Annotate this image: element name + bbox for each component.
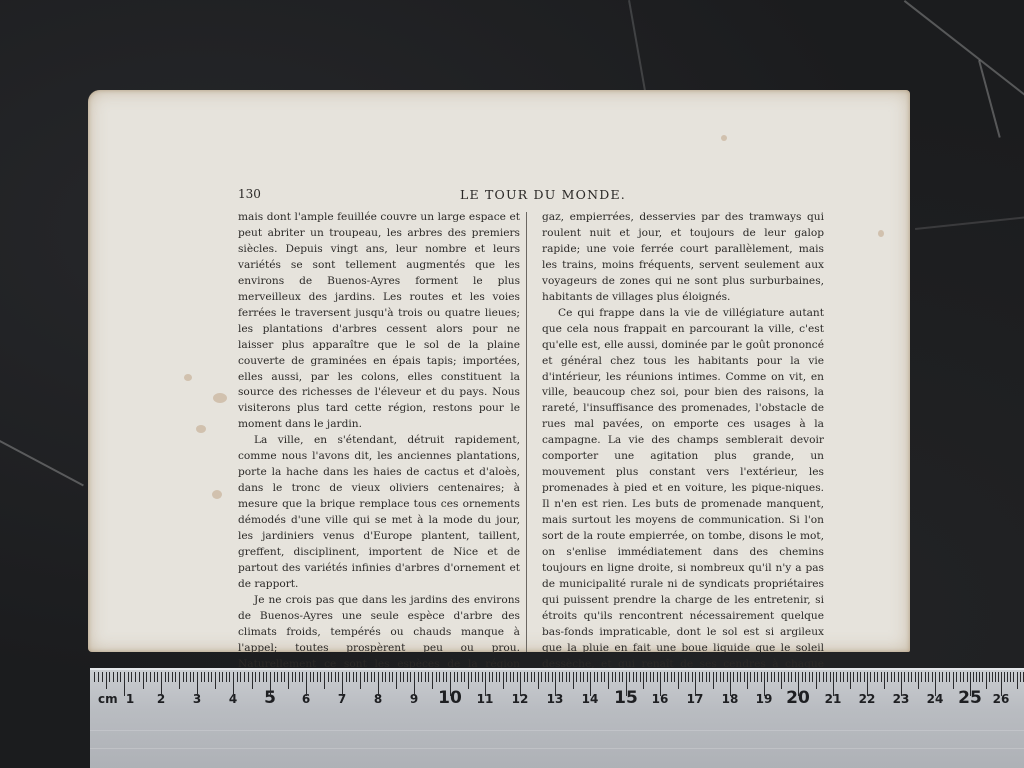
ruler-tick — [457, 672, 458, 682]
ruler-tick — [982, 672, 983, 682]
ruler-tick — [911, 672, 912, 682]
ruler-tick — [320, 672, 321, 682]
ruler-tick — [860, 672, 861, 682]
ruler-tick — [604, 672, 605, 682]
ruler-tick — [310, 672, 311, 682]
ruler-tick — [640, 672, 641, 682]
ruler-tick — [757, 672, 758, 682]
ruler-tick — [534, 672, 535, 682]
paragraph: gaz, empierrées, desservies par des tram… — [542, 210, 824, 306]
ruler-tick — [240, 672, 241, 682]
ruler-tick — [313, 672, 314, 682]
ruler-tick — [450, 672, 451, 696]
ruler-tick — [737, 672, 738, 682]
ruler-tick — [956, 672, 957, 682]
ruler-tick — [229, 672, 230, 682]
ruler-tick — [1013, 672, 1014, 682]
ruler-tick — [840, 672, 841, 682]
ruler-tick — [175, 672, 176, 682]
ruler-tick — [143, 672, 144, 689]
ruler-tick — [360, 672, 361, 689]
ruler-tick — [559, 672, 560, 682]
ruler-tick — [850, 672, 851, 689]
ruler-tick — [870, 672, 871, 682]
ruler-tick — [887, 672, 888, 682]
ruler-tick — [706, 672, 707, 682]
ruler-tick — [552, 672, 553, 682]
ruler-tick — [995, 672, 996, 682]
ruler-tick — [688, 672, 689, 682]
ruler-tick — [569, 672, 570, 682]
ruler-tick — [601, 672, 602, 682]
ruler-tick — [548, 672, 549, 682]
ruler-tick — [139, 672, 140, 682]
ruler-tick — [527, 672, 528, 682]
ruler-tick — [805, 672, 806, 682]
ruler-tick — [356, 672, 357, 682]
right-column: gaz, empierrées, desservies par des tram… — [542, 210, 824, 721]
ruler-tick — [781, 672, 782, 689]
ruler-tick — [612, 672, 613, 682]
ruler-tick — [274, 672, 275, 682]
ruler-tick — [699, 672, 700, 682]
foxing-stain — [196, 425, 206, 433]
ruler-tick — [967, 672, 968, 682]
ruler-tick — [389, 672, 390, 682]
ruler-tick — [464, 672, 465, 682]
foxing-stain — [721, 135, 727, 141]
ruler-tick — [531, 672, 532, 682]
ruler-tick — [165, 672, 166, 682]
ruler-tick — [1001, 672, 1002, 696]
ruler-tick — [904, 672, 905, 682]
ruler-tick — [816, 672, 817, 689]
ruler-tick — [284, 672, 285, 682]
ruler-tick — [270, 672, 271, 696]
ruler-tick — [201, 672, 202, 682]
ruler-tick — [299, 672, 300, 682]
ruler-tick — [400, 672, 401, 682]
ruler-tick — [306, 672, 307, 696]
ruler-tick — [795, 672, 796, 682]
ruler-tick — [183, 672, 184, 682]
ruler-tick — [468, 672, 469, 689]
ruler-tick — [503, 672, 504, 689]
ruler-tick — [226, 672, 227, 682]
ruler-tick — [513, 672, 514, 682]
ruler-cm-label: 1 — [126, 692, 134, 706]
ruler-tick — [935, 672, 936, 696]
ruler-tick — [353, 672, 354, 682]
ruler-tick — [562, 672, 563, 682]
ruler-tick — [193, 672, 194, 682]
ruler-tick — [244, 672, 245, 682]
ruler-tick — [963, 672, 964, 682]
ruler-tick — [723, 672, 724, 682]
ruler-tick — [671, 672, 672, 682]
ruler-tick — [1004, 672, 1005, 682]
ruler-tick — [215, 672, 216, 689]
ruler-tick — [1010, 672, 1011, 682]
ruler-tick — [998, 672, 999, 682]
marble-vein — [628, 0, 646, 94]
ruler-tick — [573, 672, 574, 689]
ruler-tick — [367, 672, 368, 682]
ruler-tick — [382, 672, 383, 682]
ruler-tick — [538, 672, 539, 689]
ruler-tick — [709, 672, 710, 682]
ruler-tick — [94, 672, 95, 682]
ruler-tick — [657, 672, 658, 682]
paragraph: La ville, en s'étendant, détruit rapidem… — [238, 433, 520, 593]
ruler-tick — [496, 672, 497, 682]
ruler-tick — [146, 672, 147, 682]
ruler-tick — [921, 672, 922, 682]
foxing-stain — [212, 490, 222, 499]
ruler-tick — [667, 672, 668, 682]
ruler-tick — [1007, 672, 1008, 682]
ruler-tick — [252, 672, 253, 689]
ruler-tick — [629, 672, 630, 682]
ruler-tick — [281, 672, 282, 682]
ruler-tick — [664, 672, 665, 682]
ruler-tick — [740, 672, 741, 682]
ruler-tick — [109, 672, 110, 682]
ruler-tick — [517, 672, 518, 682]
ruler-tick — [989, 672, 990, 682]
page-number: 130 — [238, 187, 261, 201]
ruler-tick — [884, 672, 885, 689]
ruler-tick — [302, 672, 303, 682]
ruler-tick — [678, 672, 679, 689]
ruler-tick — [421, 672, 422, 682]
ruler-tick — [471, 672, 472, 682]
ruler-tick — [346, 672, 347, 682]
ruler-tick — [410, 672, 411, 682]
ruler-tick — [432, 672, 433, 689]
ruler-tick — [898, 672, 899, 682]
ruler-tick — [237, 672, 238, 682]
ruler-tick — [364, 672, 365, 682]
ruler-tick — [992, 672, 993, 682]
ruler-tick — [277, 672, 278, 682]
ruler-tick — [492, 672, 493, 682]
ruler-tick — [555, 672, 556, 696]
ruler-tick — [754, 672, 755, 682]
ruler-tick — [418, 672, 419, 682]
ruler-tick — [615, 672, 616, 682]
measuring-ruler: cm 1234567891011121314151617181920212223… — [90, 668, 1024, 768]
ruler-tick — [778, 672, 779, 682]
ruler-tick — [113, 672, 114, 682]
ruler-tick — [653, 672, 654, 682]
ruler-tick — [131, 672, 132, 682]
ruler-tick — [102, 672, 103, 682]
ruler-tick — [1017, 672, 1018, 689]
ruler-tick — [436, 672, 437, 682]
ruler-tick — [626, 672, 627, 696]
ruler-tick — [847, 672, 848, 682]
ruler-tick — [587, 672, 588, 682]
ruler-tick — [186, 672, 187, 682]
ruler-tick — [594, 672, 595, 682]
ruler-tick — [764, 672, 765, 696]
ruler-tick — [713, 672, 714, 689]
ruler-tick — [960, 672, 961, 682]
ruler-tick — [918, 672, 919, 689]
ruler-tick — [403, 672, 404, 682]
running-head: 130 LE TOUR DU MONDE. — [238, 187, 778, 203]
ruler-tick — [545, 672, 546, 682]
ruler-tick — [915, 672, 916, 682]
ruler-tick — [590, 672, 591, 696]
ruler-tick — [636, 672, 637, 682]
ruler-tick — [338, 672, 339, 682]
ruler-tick — [172, 672, 173, 682]
ruler-tick — [881, 672, 882, 682]
ruler-tick — [317, 672, 318, 682]
ruler-tick — [761, 672, 762, 682]
ruler-tick — [576, 672, 577, 682]
ruler-tick — [730, 672, 731, 696]
ruler-tick — [179, 672, 180, 689]
ruler-tick — [566, 672, 567, 682]
ruler-tick — [949, 672, 950, 682]
ruler-tick — [750, 672, 751, 682]
ruler-tick — [266, 672, 267, 682]
ruler-tick — [802, 672, 803, 682]
ruler-tick — [823, 672, 824, 682]
foxing-stain — [213, 393, 227, 403]
ruler-tick — [867, 672, 868, 696]
ruler-tick — [702, 672, 703, 682]
ruler-tick — [843, 672, 844, 682]
ruler-tick — [135, 672, 136, 682]
ruler-tick — [970, 672, 971, 696]
ruler-tick — [499, 672, 500, 682]
ruler-tick — [461, 672, 462, 682]
ruler-tick — [255, 672, 256, 682]
ruler-tick — [1020, 672, 1021, 682]
ruler-tick — [650, 672, 651, 682]
ruler-tick — [524, 672, 525, 682]
ruler-tick — [733, 672, 734, 682]
marble-vein — [915, 217, 1024, 230]
ruler-tick — [128, 672, 129, 682]
ruler-tick — [788, 672, 789, 682]
ruler-tick — [946, 672, 947, 682]
ruler-tick — [939, 672, 940, 682]
ruler-tick — [716, 672, 717, 682]
ruler-tick — [894, 672, 895, 682]
ruler-tick — [580, 672, 581, 682]
ruler-tick — [853, 672, 854, 682]
ruler-tick — [407, 672, 408, 682]
ruler-tick — [826, 672, 827, 682]
ruler-tick — [747, 672, 748, 689]
ruler-tick — [478, 672, 479, 682]
ruler-tick — [154, 672, 155, 682]
ruler-tick — [211, 672, 212, 682]
ruler-tick — [942, 672, 943, 682]
ruler-tick — [506, 672, 507, 682]
ruler-tick — [798, 672, 799, 696]
ruler-tick — [646, 672, 647, 682]
ruler-tick — [374, 672, 375, 682]
ruler-tick — [124, 672, 125, 696]
ruler-tick — [342, 672, 343, 696]
ruler-tick — [482, 672, 483, 682]
ruler-tick — [674, 672, 675, 682]
ruler-tick — [597, 672, 598, 682]
ruler-tick — [475, 672, 476, 682]
ruler-tick — [263, 672, 264, 682]
ruler-tick — [248, 672, 249, 682]
ruler-tick — [727, 672, 728, 682]
ruler-tick — [259, 672, 260, 682]
ruler-tick — [791, 672, 792, 682]
book-page: 130 LE TOUR DU MONDE. mais dont l'ample … — [88, 90, 910, 652]
ruler-tick — [190, 672, 191, 682]
ruler-tick — [622, 672, 623, 682]
ruler-unit-label: cm — [98, 692, 118, 706]
ruler-tick — [953, 672, 954, 689]
ruler-tick — [414, 672, 415, 696]
ruler-tick — [295, 672, 296, 682]
ruler-tick — [864, 672, 865, 682]
ruler-tick — [428, 672, 429, 682]
ruler-tick — [485, 672, 486, 696]
ruler-tick — [833, 672, 834, 696]
ruler-tick — [392, 672, 393, 682]
ruler-tick — [371, 672, 372, 682]
ruler-tick — [288, 672, 289, 689]
ruler-tick — [489, 672, 490, 682]
ruler-tick — [901, 672, 902, 696]
ruler-tick — [891, 672, 892, 682]
ruler-tick — [608, 672, 609, 689]
ruler-tick — [208, 672, 209, 682]
marble-vein — [904, 0, 1024, 100]
ruler-tick — [660, 672, 661, 696]
marble-vein — [0, 440, 84, 486]
ruler-tick — [976, 672, 977, 682]
ruler-tick — [973, 672, 974, 682]
ruler-tick — [150, 672, 151, 682]
ruler-tick — [720, 672, 721, 682]
ruler-tick — [925, 672, 926, 682]
ruler-tick — [396, 672, 397, 689]
ruler-tick — [908, 672, 909, 682]
ruler-tick — [439, 672, 440, 682]
ruler-tick — [774, 672, 775, 682]
ruler-tick — [425, 672, 426, 682]
ruler-tick — [454, 672, 455, 682]
ruler-tick — [443, 672, 444, 682]
ruler-tick — [767, 672, 768, 682]
ruler-tick — [812, 672, 813, 682]
ruler-sheen — [90, 730, 1024, 731]
ruler-tick — [685, 672, 686, 682]
ruler-tick — [784, 672, 785, 682]
ruler-tick — [979, 672, 980, 682]
ruler-tick — [830, 672, 831, 682]
ruler-tick — [619, 672, 620, 682]
foxing-stain — [184, 374, 192, 381]
ruler-tick — [836, 672, 837, 682]
ruler-sheen — [90, 748, 1024, 749]
ruler-tick — [98, 672, 99, 682]
ruler-tick — [324, 672, 325, 689]
ruler-tick — [106, 672, 107, 689]
ruler-tick — [120, 672, 121, 682]
ruler-tick — [692, 672, 693, 682]
ruler-tick — [446, 672, 447, 682]
ruler-tick — [197, 672, 198, 696]
paragraph: Ce qui frappe dans la vie de villégiatur… — [542, 306, 824, 721]
ruler-tick — [809, 672, 810, 682]
ruler-tick — [681, 672, 682, 682]
ruler-tick — [986, 672, 987, 689]
foxing-stain — [878, 230, 884, 237]
ruler-tick — [292, 672, 293, 682]
ruler-tick — [928, 672, 929, 682]
ruler-tick — [168, 672, 169, 682]
ruler-tick — [695, 672, 696, 696]
ruler-tick — [874, 672, 875, 682]
ruler-tick — [643, 672, 644, 689]
ruler-tick — [857, 672, 858, 682]
ruler-tick — [583, 672, 584, 682]
column-divider — [526, 212, 527, 652]
ruler-tick — [520, 672, 521, 696]
ruler-tick — [541, 672, 542, 682]
ruler-tick — [378, 672, 379, 696]
ruler-tick — [219, 672, 220, 682]
ruler-tick — [819, 672, 820, 682]
ruler-tick — [222, 672, 223, 682]
ruler-tick — [331, 672, 332, 682]
ruler-tick — [328, 672, 329, 682]
ruler-tick — [157, 672, 158, 682]
ruler-tick — [385, 672, 386, 682]
ruler-tick — [335, 672, 336, 682]
ruler-tick — [633, 672, 634, 682]
running-title: LE TOUR DU MONDE. — [460, 187, 626, 202]
ruler-tick — [349, 672, 350, 682]
ruler-tick — [204, 672, 205, 682]
ruler-tick — [771, 672, 772, 682]
paragraph: mais dont l'ample feuillée couvre un lar… — [238, 210, 520, 433]
ruler-tick — [932, 672, 933, 682]
ruler-tick — [877, 672, 878, 682]
ruler-tick — [233, 672, 234, 696]
ruler-tick — [744, 672, 745, 682]
ruler-tick — [161, 672, 162, 696]
ruler-tick — [117, 672, 118, 682]
ruler-tick — [510, 672, 511, 682]
